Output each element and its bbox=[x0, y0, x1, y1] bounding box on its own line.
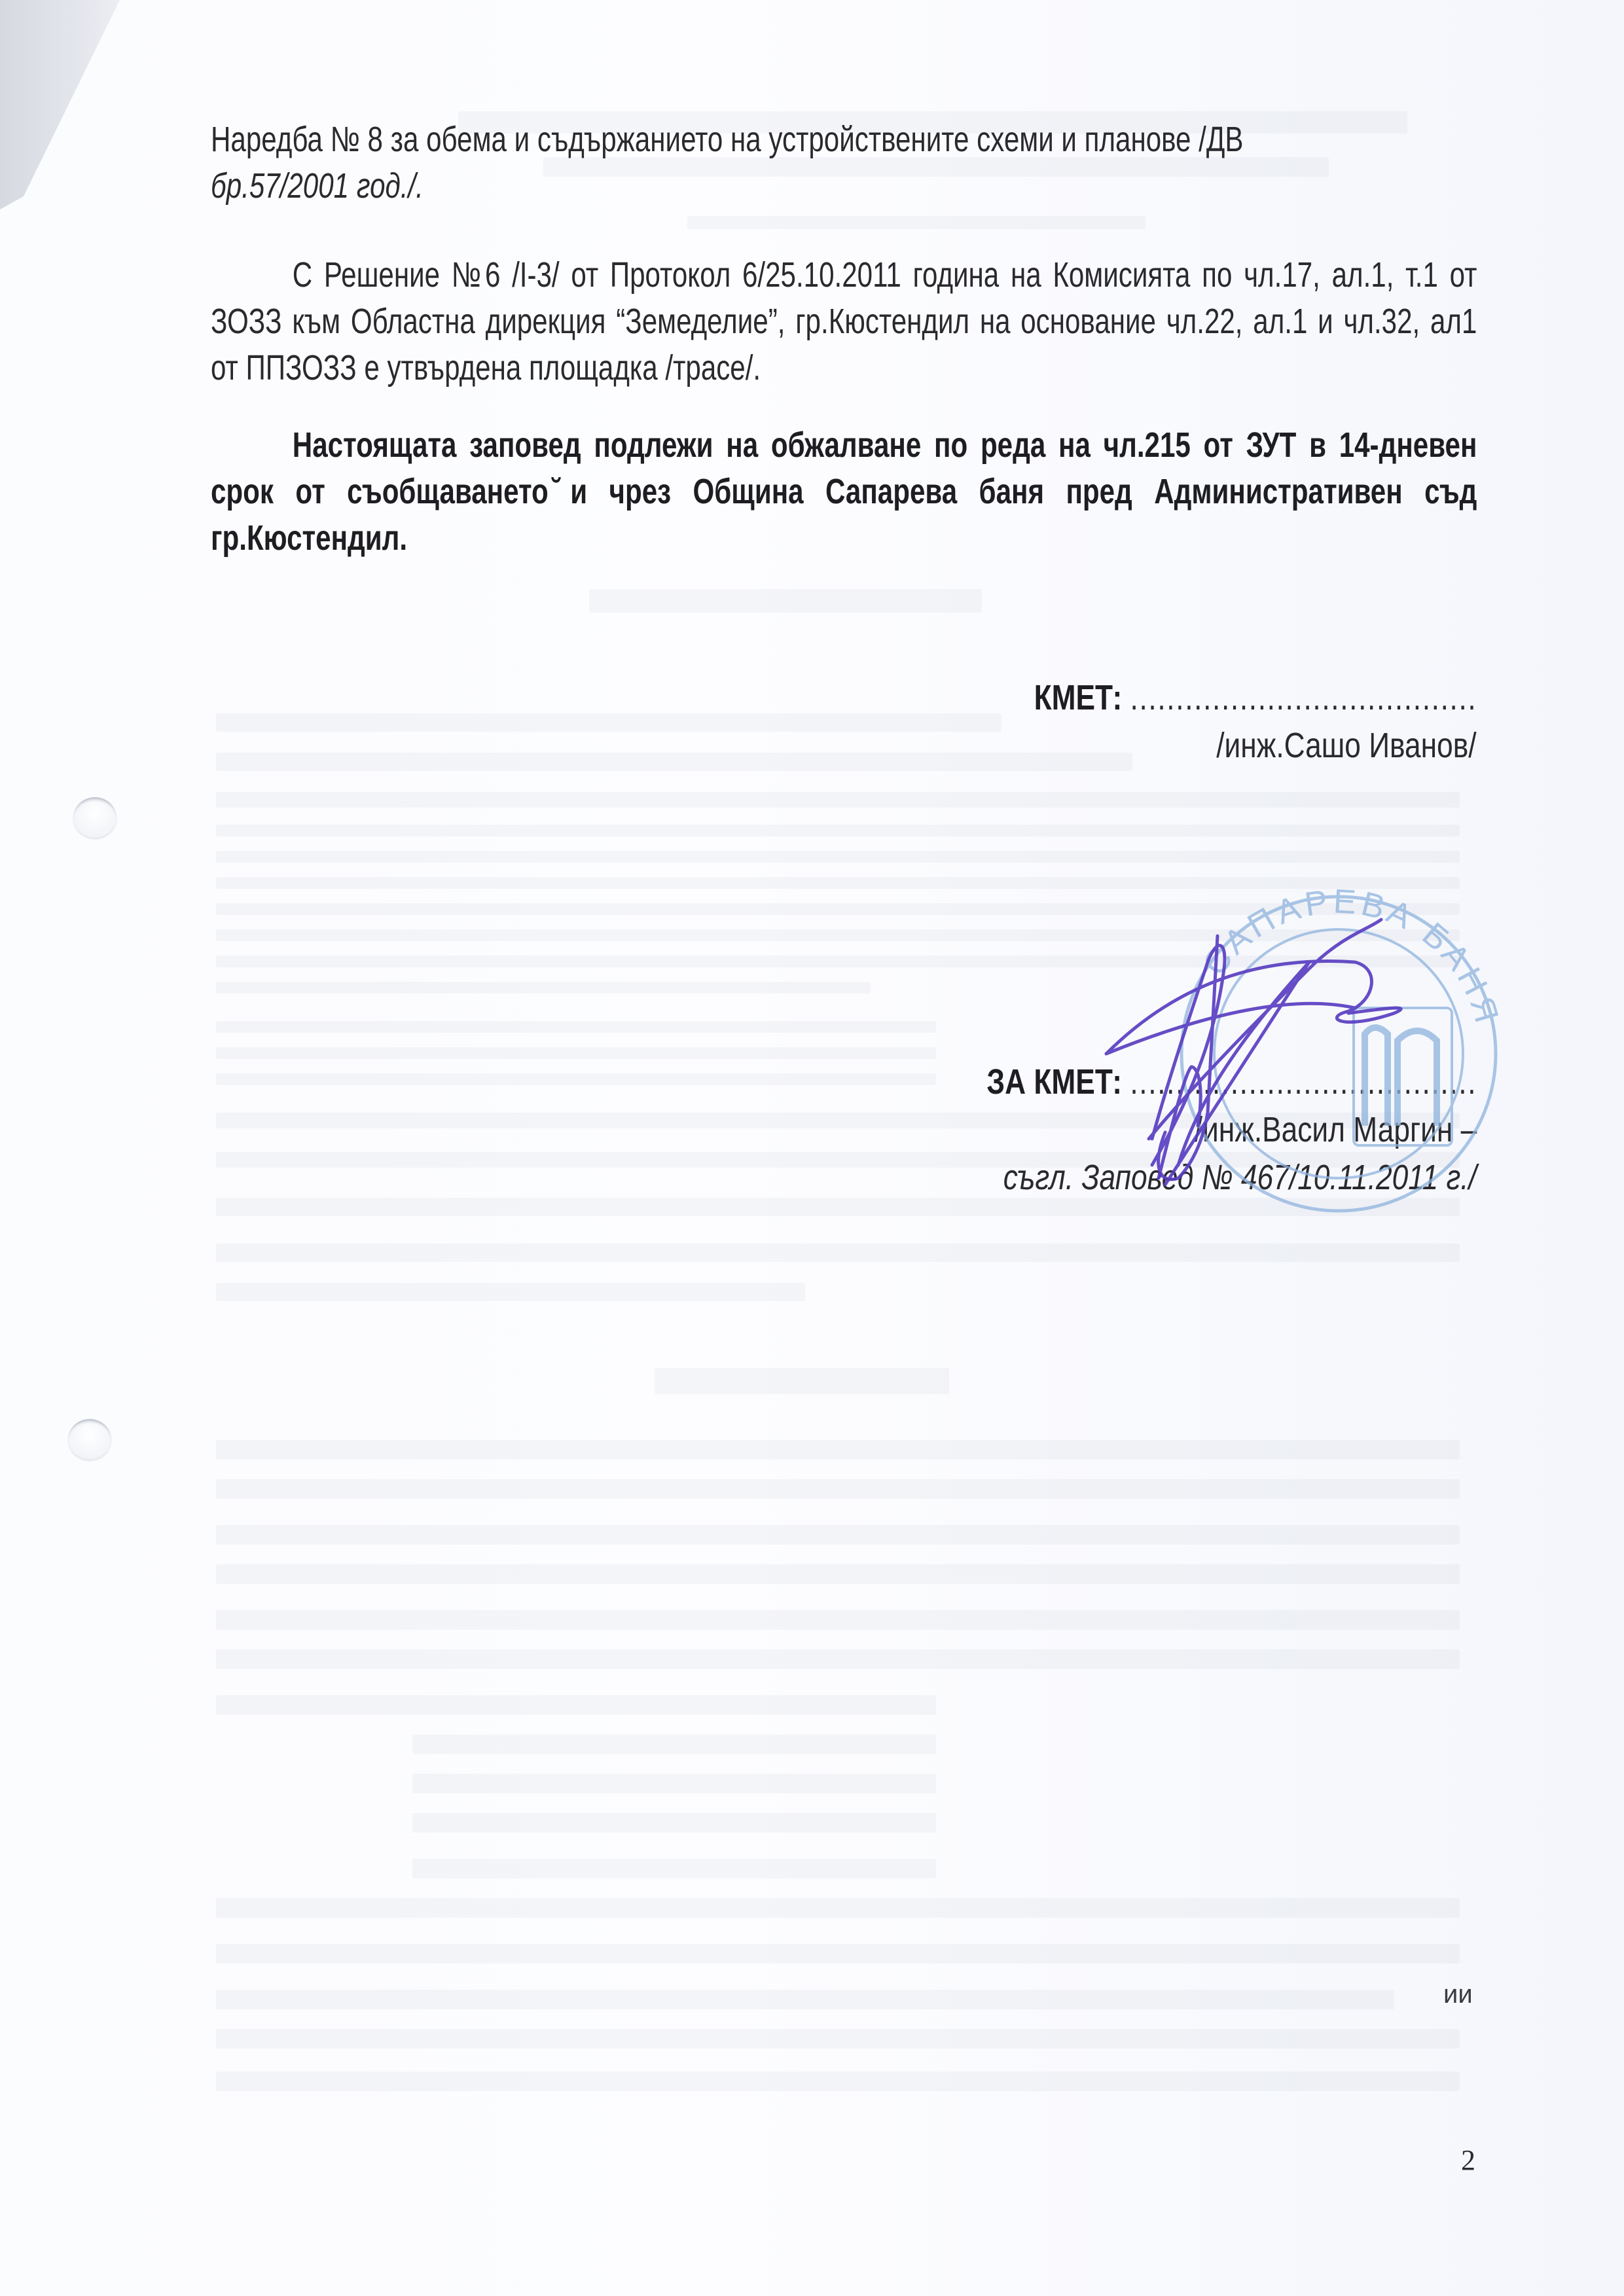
document-page: Наредба № 8 за обема и съдържанието на у… bbox=[0, 0, 1624, 2296]
stamp-and-signature: САПАРЕВА БАНЯ bbox=[0, 0, 1624, 2296]
stray-handwritten-mark: ии bbox=[1443, 1980, 1473, 2009]
page-number: 2 bbox=[1461, 2144, 1475, 2177]
